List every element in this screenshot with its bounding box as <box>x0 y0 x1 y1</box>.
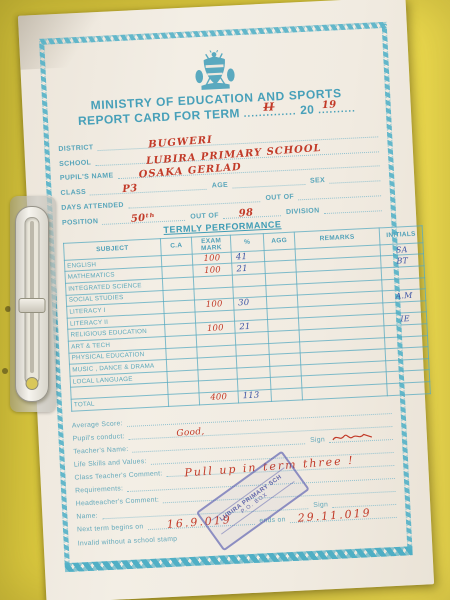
next-term-label: Next term begins on <box>77 523 148 533</box>
report-card-content: MINISTRY OF EDUCATION AND SPORTS REPORT … <box>53 30 398 561</box>
year-prefix: 20 <box>300 102 315 117</box>
cell-agg <box>271 388 303 401</box>
class-label: CLASS <box>60 189 90 197</box>
column-header-initials: INITIALS <box>379 226 423 245</box>
position-out-of-label: OUT OF <box>185 212 223 221</box>
position-label: POSITION <box>62 218 103 227</box>
column-header-agg: AGG <box>263 232 295 250</box>
position-value-handwritten: 50ᵗʰ <box>131 212 156 225</box>
clip-prong-bar <box>30 221 34 373</box>
position-line: 50ᵗʰ <box>102 205 186 225</box>
ends-on-value-handwritten: 29.11.019 <box>298 506 373 525</box>
cell-percent-handwritten: 113 <box>238 389 272 402</box>
cell-exam-mark-handwritten: 400 <box>199 391 239 404</box>
position-out-of-line: 98 <box>222 200 281 219</box>
cell-ca <box>168 393 200 406</box>
uganda-crest-icon <box>192 49 238 91</box>
performance-table-body: ENGLISH 100 41 SA MATHEMATICS 100 21 BT <box>64 243 430 411</box>
position-out-of-value-handwritten: 98 <box>239 207 254 219</box>
clip-rivet-hole <box>26 377 39 390</box>
division-line <box>323 195 382 214</box>
column-header-ca: C.A <box>160 237 192 255</box>
cell-initials-handwritten <box>387 382 431 396</box>
report-card-paper: MINISTRY OF EDUCATION AND SPORTS REPORT … <box>18 0 434 600</box>
term-dotted-line: ..............II <box>243 103 297 122</box>
student-info-section: DISTRICT BUGWERI SCHOOL LUBIRA PRIMARY S… <box>58 122 382 226</box>
column-header-percent: % <box>230 233 264 252</box>
column-header-exam-mark: EXAM MARK <box>191 235 231 254</box>
file-fastener-clip <box>15 206 49 402</box>
division-label: DIVISION <box>281 207 324 216</box>
folder-punch-hole <box>2 368 8 374</box>
name-label: Name: <box>76 512 102 520</box>
term-value-handwritten: II <box>263 99 275 115</box>
year-dotted-line: ..........19 <box>318 100 357 118</box>
photo-scene: MINISTRY OF EDUCATION AND SPORTS REPORT … <box>0 0 450 600</box>
clip-slider <box>19 298 46 313</box>
year-value-handwritten: 19 <box>321 97 336 113</box>
performance-table: SUBJECT C.A EXAM MARK % AGG REMARKS INIT… <box>63 225 431 411</box>
